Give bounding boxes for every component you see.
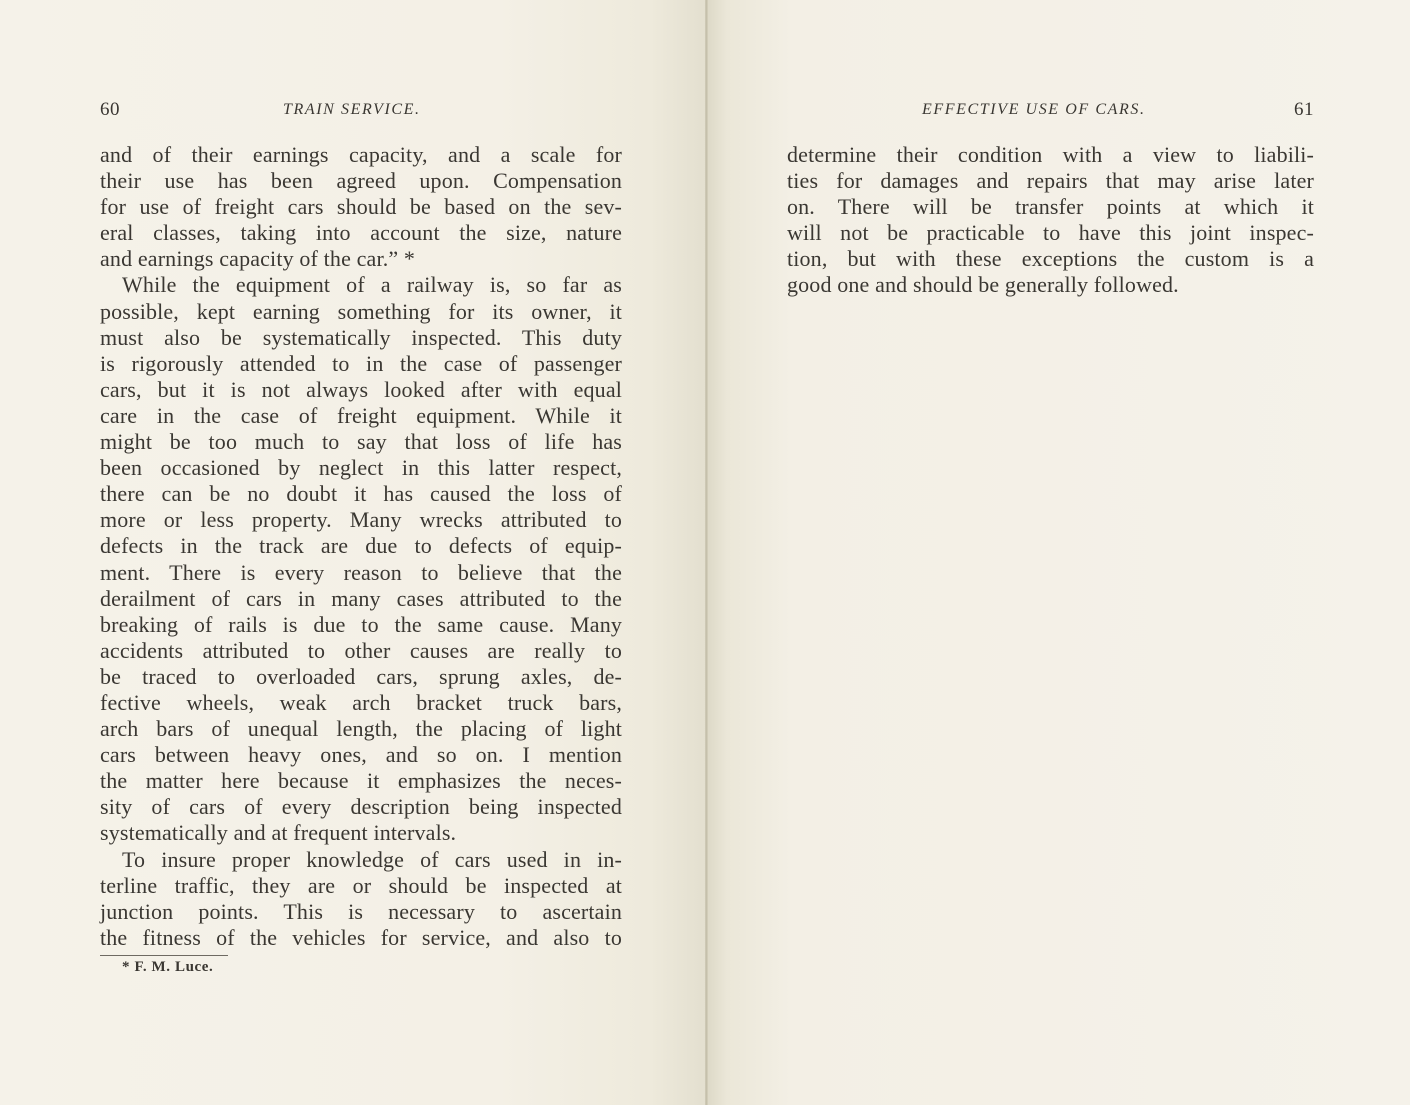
text-line: sity of cars of every description being … xyxy=(100,794,622,820)
text-line: systematically and at frequent intervals… xyxy=(100,820,622,846)
text-line: To insure proper knowledge of cars used … xyxy=(100,847,622,873)
text-line: defects in the track are due to defects … xyxy=(100,533,622,559)
text-line: the fitness of the vehicles for service,… xyxy=(100,925,622,951)
text-line: the matter here because it emphasizes th… xyxy=(100,768,622,794)
text-line: breaking of rails is due to the same cau… xyxy=(100,612,622,638)
text-line: must also be systematically inspected. T… xyxy=(100,325,622,351)
text-line: is rigorously attended to in the case of… xyxy=(100,351,622,377)
page-number-right: 61 xyxy=(1294,98,1314,122)
text-line: been occasioned by neglect in this latte… xyxy=(100,455,622,481)
text-line: for use of freight cars should be based … xyxy=(100,194,622,220)
text-line: accidents attributed to other causes are… xyxy=(100,638,622,664)
text-line: more or less property. Many wrecks attri… xyxy=(100,507,622,533)
text-line: their use has been agreed upon. Compensa… xyxy=(100,168,622,194)
text-line: determine their condition with a view to… xyxy=(787,142,1314,168)
text-line: will not be practicable to have this joi… xyxy=(787,220,1314,246)
text-line: ment. There is every reason to believe t… xyxy=(100,560,622,586)
text-line: and of their earnings capacity, and a sc… xyxy=(100,142,622,168)
footnote-rule xyxy=(100,955,228,956)
page-number-left: 60 xyxy=(100,98,120,122)
text-line: ties for damages and repairs that may ar… xyxy=(787,168,1314,194)
text-line: terline traffic, they are or should be i… xyxy=(100,873,622,899)
text-line: there can be no doubt it has caused the … xyxy=(100,481,622,507)
text-line: derailment of cars in many cases attribu… xyxy=(100,586,622,612)
text-line: While the equipment of a railway is, so … xyxy=(100,272,622,298)
book-gutter xyxy=(705,0,708,1105)
right-page: EFFECTIVE USE OF CARS. 61 determine thei… xyxy=(706,0,1410,1105)
text-line: cars, but it is not always looked after … xyxy=(100,377,622,403)
text-line: arch bars of unequal length, the placing… xyxy=(100,716,622,742)
running-head-title-left: TRAIN SERVICE. xyxy=(283,98,421,122)
left-running-head: 60 TRAIN SERVICE. xyxy=(100,98,622,122)
text-line: cars between heavy ones, and so on. I me… xyxy=(100,742,622,768)
left-body-text: and of their earnings capacity, and a sc… xyxy=(100,142,622,951)
right-body-text: determine their condition with a view to… xyxy=(787,142,1314,299)
text-line: care in the case of freight equipment. W… xyxy=(100,403,622,429)
text-line: and earnings capacity of the car.” * xyxy=(100,246,622,272)
text-line: tion, but with these exceptions the cust… xyxy=(787,246,1314,272)
book-spread: 60 TRAIN SERVICE. and of their earnings … xyxy=(0,0,1410,1105)
text-line: might be too much to say that loss of li… xyxy=(100,429,622,455)
right-running-head: EFFECTIVE USE OF CARS. 61 xyxy=(787,98,1314,122)
text-line: fective wheels, weak arch bracket truck … xyxy=(100,690,622,716)
text-line: eral classes, taking into account the si… xyxy=(100,220,622,246)
running-head-title-right: EFFECTIVE USE OF CARS. xyxy=(922,98,1146,122)
left-page: 60 TRAIN SERVICE. and of their earnings … xyxy=(0,0,706,1105)
text-line: good one and should be generally followe… xyxy=(787,272,1314,298)
text-line: junction points. This is necessary to as… xyxy=(100,899,622,925)
text-line: possible, kept earning something for its… xyxy=(100,299,622,325)
text-line: on. There will be transfer points at whi… xyxy=(787,194,1314,220)
text-line: be traced to overloaded cars, sprung axl… xyxy=(100,664,622,690)
footnote: * F. M. Luce. xyxy=(122,957,213,977)
